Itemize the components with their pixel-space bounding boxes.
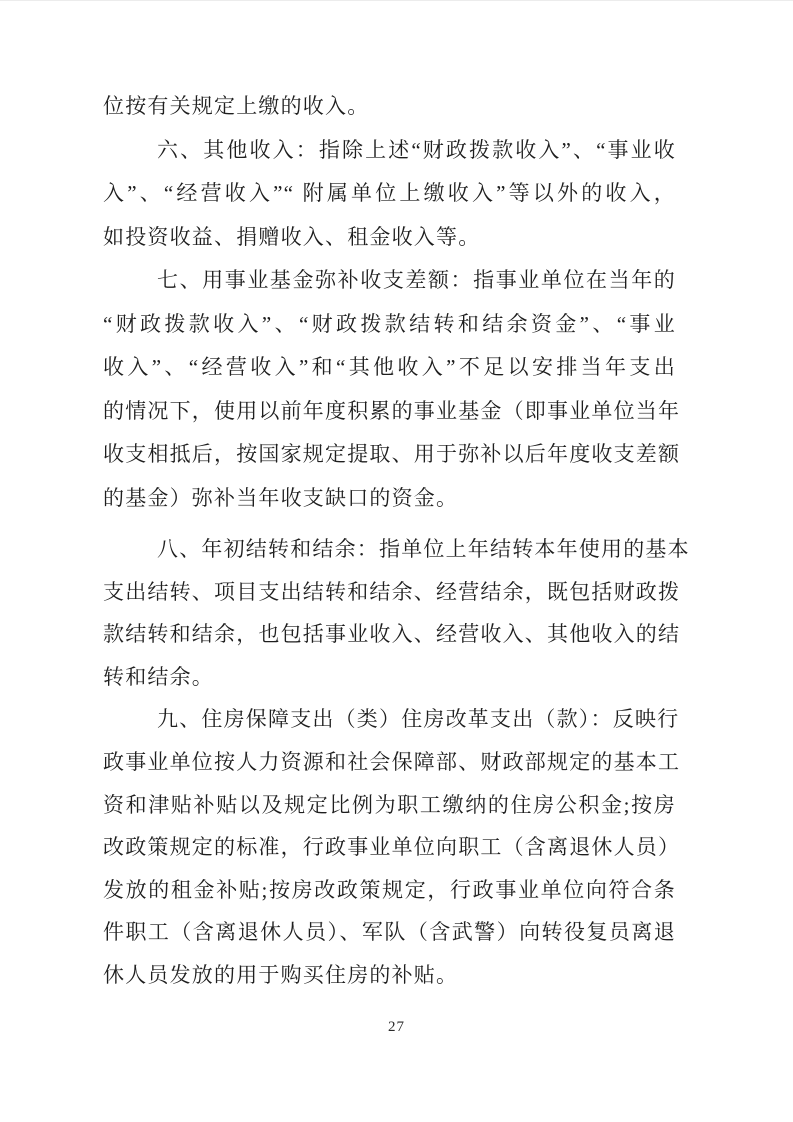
text-line: 款结转和结余，也包括事业收入、经营收入、其他收入的结 <box>103 613 676 656</box>
text-line: 的基金）弥补当年收支缺口的资金。 <box>103 477 676 521</box>
page-number: 27 <box>0 1017 793 1037</box>
document-page: 位按有关规定上缴的收入。 六、其他收入：指除上述“财政拨款收入”、“事业收 入”… <box>0 0 793 1122</box>
text-line: 转和结余。 <box>103 656 676 699</box>
text-line: 改政策规定的标准，行政事业单位向职工（含离退休人员） <box>103 826 676 869</box>
text-line: 支出结转、项目支出结转和结余、经营结余，既包括财政拨 <box>103 571 676 614</box>
text-line: 政事业单位按人力资源和社会保障部、财政部规定的基本工 <box>103 741 676 784</box>
text-line: 入”、“经营收入”“ 附属单位上缴收入”等以外的收入， <box>103 172 676 216</box>
text-line: 六、其他收入：指除上述“财政拨款收入”、“事业收 <box>103 129 676 173</box>
text-line: 如投资收益、捐赠收入、租金收入等。 <box>103 216 676 260</box>
text-line: 的情况下，使用以前年度积累的事业基金（即事业单位当年 <box>103 390 676 434</box>
text-line: “财政拨款收入”、“财政拨款结转和结余资金”、“事业 <box>103 303 676 347</box>
text-line: 收入”、“经营收入”和“其他收入”不足以安排当年支出 <box>103 346 676 390</box>
text-line: 九、住房保障支出（类）住房改革支出（款）：反映行 <box>103 698 676 741</box>
page-body-upper: 位按有关规定上缴的收入。 六、其他收入：指除上述“财政拨款收入”、“事业收 入”… <box>103 85 676 520</box>
text-line: 八、年初结转和结余：指单位上年结转本年使用的基本 <box>103 528 676 571</box>
text-line: 位按有关规定上缴的收入。 <box>103 85 676 129</box>
text-line: 件职工（含离退休人员）、军队（含武警）向转役复员离退 <box>103 911 676 954</box>
text-line: 七、用事业基金弥补收支差额：指事业单位在当年的 <box>103 259 676 303</box>
text-line: 休人员发放的用于购买住房的补贴。 <box>103 954 676 997</box>
text-line: 发放的租金补贴;按房改政策规定，行政事业单位向符合条 <box>103 869 676 912</box>
text-line: 收支相抵后，按国家规定提取、用于弥补以后年度收支差额 <box>103 433 676 477</box>
text-line: 资和津贴补贴以及规定比例为职工缴纳的住房公积金;按房 <box>103 784 676 827</box>
page-body-lower: 八、年初结转和结余：指单位上年结转本年使用的基本 支出结转、项目支出结转和结余、… <box>103 528 676 997</box>
